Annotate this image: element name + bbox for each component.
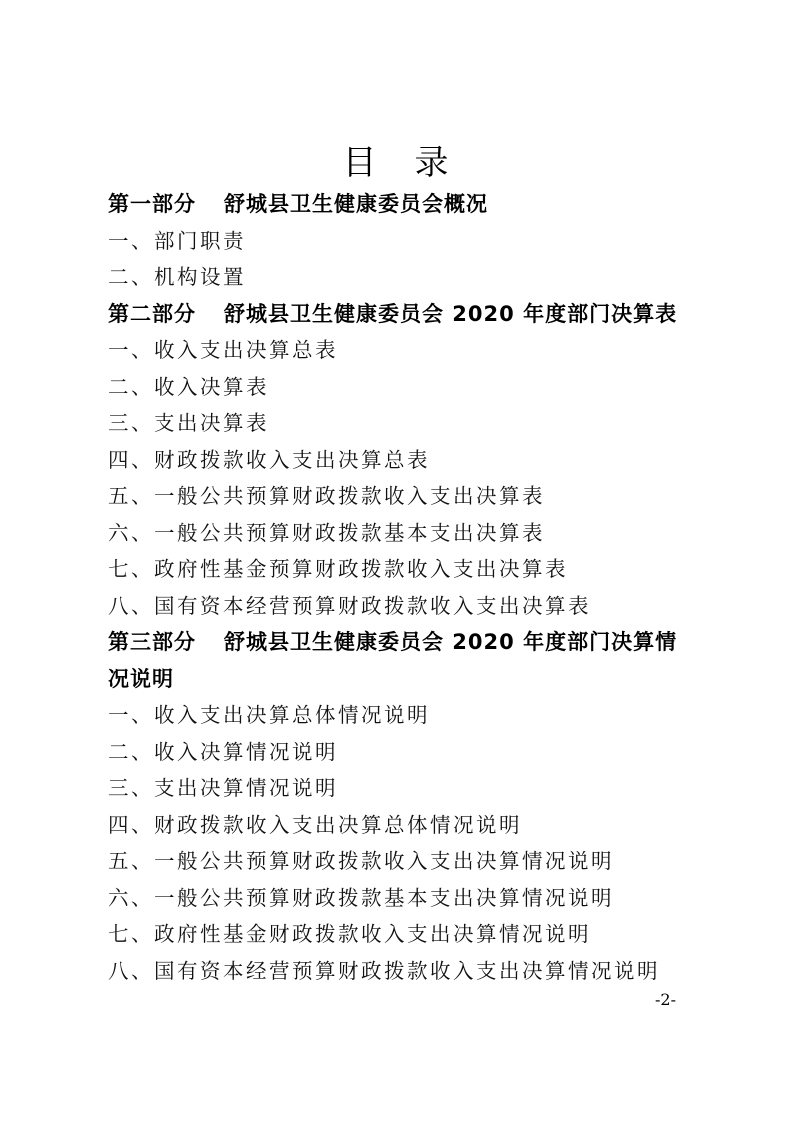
toc-part-3-heading-cont[interactable]: 况说明 bbox=[108, 661, 708, 698]
toc-item[interactable]: 四、财政拨款收入支出决算总表 bbox=[108, 442, 708, 479]
toc-item[interactable]: 八、国有资本经营预算财政拨款收入支出决算情况说明 bbox=[108, 953, 708, 990]
part-heading: 舒城县卫生健康委员会 2020 年度部门决算情 bbox=[224, 630, 677, 654]
page-title: 目录 bbox=[0, 141, 793, 185]
toc-item[interactable]: 一、部门职责 bbox=[108, 223, 708, 260]
toc-item[interactable]: 五、一般公共预算财政拨款收入支出决算表 bbox=[108, 478, 708, 515]
toc-item[interactable]: 三、支出决算表 bbox=[108, 405, 708, 442]
toc-item[interactable]: 四、财政拨款收入支出决算总体情况说明 bbox=[108, 807, 708, 844]
toc-item[interactable]: 二、收入决算表 bbox=[108, 369, 708, 406]
toc-part-2-heading[interactable]: 第二部分舒城县卫生健康委员会 2020 年度部门决算表 bbox=[108, 296, 708, 333]
page-number: -2- bbox=[655, 990, 676, 1009]
part-label: 第三部分 bbox=[108, 630, 196, 654]
title-char-2: 录 bbox=[415, 143, 451, 183]
toc-item[interactable]: 六、一般公共预算财政拨款基本支出决算表 bbox=[108, 515, 708, 552]
toc-item[interactable]: 七、政府性基金预算财政拨款收入支出决算表 bbox=[108, 551, 708, 588]
toc-item[interactable]: 三、支出决算情况说明 bbox=[108, 770, 708, 807]
part-label: 第二部分 bbox=[108, 302, 196, 326]
part-label: 第一部分 bbox=[108, 192, 196, 216]
toc-part-3-heading[interactable]: 第三部分舒城县卫生健康委员会 2020 年度部门决算情 bbox=[108, 624, 708, 661]
part-heading: 舒城县卫生健康委员会 2020 年度部门决算表 bbox=[224, 302, 677, 326]
toc-item[interactable]: 二、机构设置 bbox=[108, 259, 708, 296]
toc-item[interactable]: 一、收入支出决算总表 bbox=[108, 332, 708, 369]
toc-item[interactable]: 一、收入支出决算总体情况说明 bbox=[108, 697, 708, 734]
toc-item[interactable]: 六、一般公共预算财政拨款基本支出决算情况说明 bbox=[108, 880, 708, 917]
toc-part-1-heading[interactable]: 第一部分舒城县卫生健康委员会概况 bbox=[108, 186, 708, 223]
table-of-contents: 第一部分舒城县卫生健康委员会概况 一、部门职责 二、机构设置 第二部分舒城县卫生… bbox=[108, 186, 708, 989]
toc-item[interactable]: 五、一般公共预算财政拨款收入支出决算情况说明 bbox=[108, 843, 708, 880]
toc-item[interactable]: 二、收入决算情况说明 bbox=[108, 734, 708, 771]
title-char-1: 目 bbox=[343, 143, 379, 183]
toc-item[interactable]: 八、国有资本经营预算财政拨款收入支出决算表 bbox=[108, 588, 708, 625]
part-heading: 舒城县卫生健康委员会概况 bbox=[224, 192, 488, 216]
toc-item[interactable]: 七、政府性基金财政拨款收入支出决算情况说明 bbox=[108, 916, 708, 953]
